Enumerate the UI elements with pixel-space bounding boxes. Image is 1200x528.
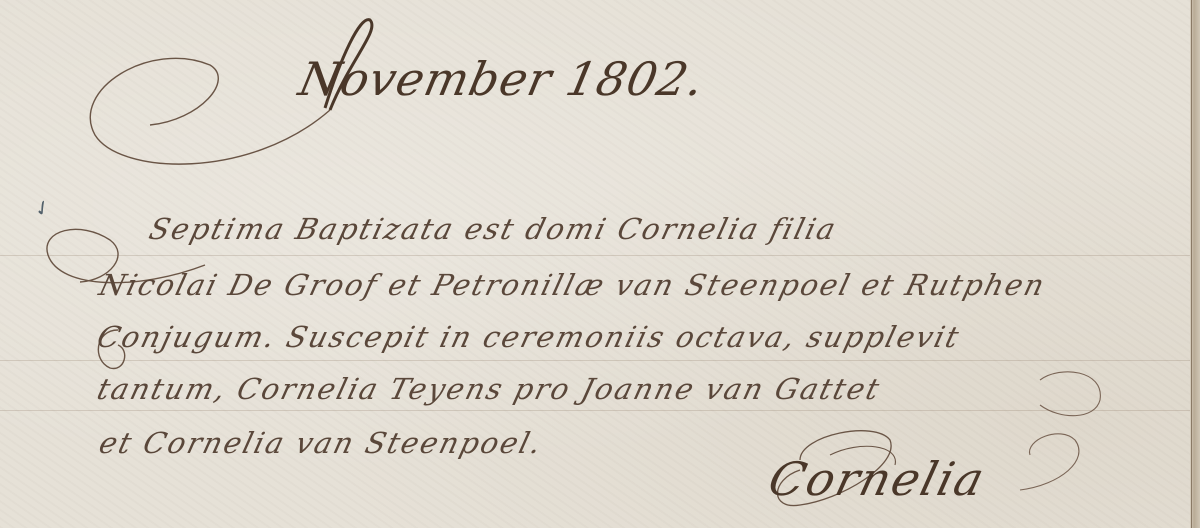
page-heading-date: November 1802. bbox=[294, 52, 709, 106]
entry-line-5: et Cornelia van Steenpoel. bbox=[96, 426, 547, 460]
entry-line-4: tantum, Cornelia Teyens pro Joanne van G… bbox=[94, 372, 885, 406]
manuscript-page: ✓ November 1802. Septima Baptizata est d… bbox=[0, 0, 1200, 528]
page-edge-line bbox=[1191, 0, 1192, 528]
margin-name-cornelia: Cornelia bbox=[763, 452, 991, 506]
entry-line-1: Septima Baptizata est domi Cornelia fili… bbox=[146, 212, 841, 246]
entry-line-2: Nicolai De Groof et Petronillæ van Steen… bbox=[96, 268, 1050, 302]
entry-line-3: Conjugum. Suscepit in ceremoniis octava,… bbox=[94, 320, 964, 354]
